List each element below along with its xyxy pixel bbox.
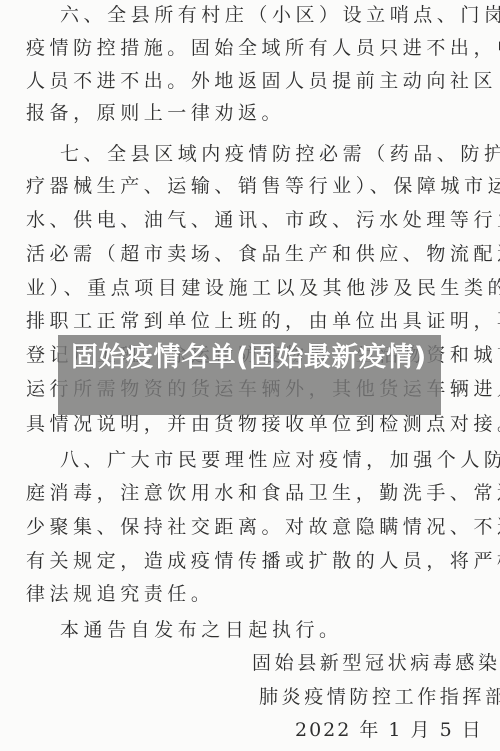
- title-overlay-banner: 固始疫情名单(固始最新疫情): [58, 335, 441, 415]
- paragraph-line: 活必需（超市卖场、食品生产和供应、物流配送、物业等行: [26, 242, 486, 266]
- paragraph-line: 八、广大市民要理性应对疫情，加强个人防范，做好家: [60, 448, 500, 472]
- paragraph-line: 疗器械生产、运输、销售等行业）、保障城市运行必需（供: [26, 174, 486, 198]
- paragraph-line: 庭消毒，注意饮用水和食品卫生，勤洗手、常通风、戴口罩、: [26, 481, 486, 505]
- paragraph-line: 业）、重点项目建设施工以及其他涉及民生类的相关企业安: [26, 276, 486, 300]
- effective-notice: 本通告自发布之日起执行。: [60, 618, 500, 642]
- paragraph-line: 人员不进不出。外地返固人员提前主动向社区（村）、单位: [26, 69, 486, 93]
- paragraph-line: 疫情防控措施。固始全域所有人员只进不出，中心城区所有: [26, 36, 486, 60]
- paragraph-line: 排职工正常到单位上班的，由单位出具证明，再按规定检测: [26, 309, 486, 333]
- paragraph-line: 律法规追究责任。: [26, 582, 486, 606]
- signature-org-line-2: 肺炎疫情防控工作指挥部: [259, 685, 500, 709]
- paragraph-line: 有关规定，造成疫情传播或扩散的人员，将严格按照相关法: [26, 549, 486, 573]
- paragraph-line: 六、全县所有村庄（小区）设立哨点、门岗，严格落实: [60, 3, 500, 27]
- overlay-title: 固始疫情名单(固始最新疫情): [71, 341, 431, 374]
- notice-document: 六、全县所有村庄（小区）设立哨点、门岗，严格落实 疫情防控措施。固始全域所有人员…: [0, 0, 500, 751]
- paragraph-line: 水、供电、油气、通讯、市政、污水处理等行业）、群众生: [26, 208, 486, 232]
- paragraph-line: 具情况说明，并由货物接收单位到检测点对接。: [26, 412, 486, 436]
- signature-date: 2022 年 1 月 5 日: [295, 718, 483, 742]
- paragraph-line: 少聚集、保持社交距离。对故意隐瞒情况、不遵守疫情防控: [26, 515, 486, 539]
- paragraph-line: 七、全县区域内疫情防控必需（药品、防护用品以及医: [60, 142, 500, 166]
- signature-org-line-1: 固始县新型冠状病毒感染的: [252, 651, 500, 675]
- paragraph-line: 报备，原则上一律劝返。: [26, 101, 486, 125]
